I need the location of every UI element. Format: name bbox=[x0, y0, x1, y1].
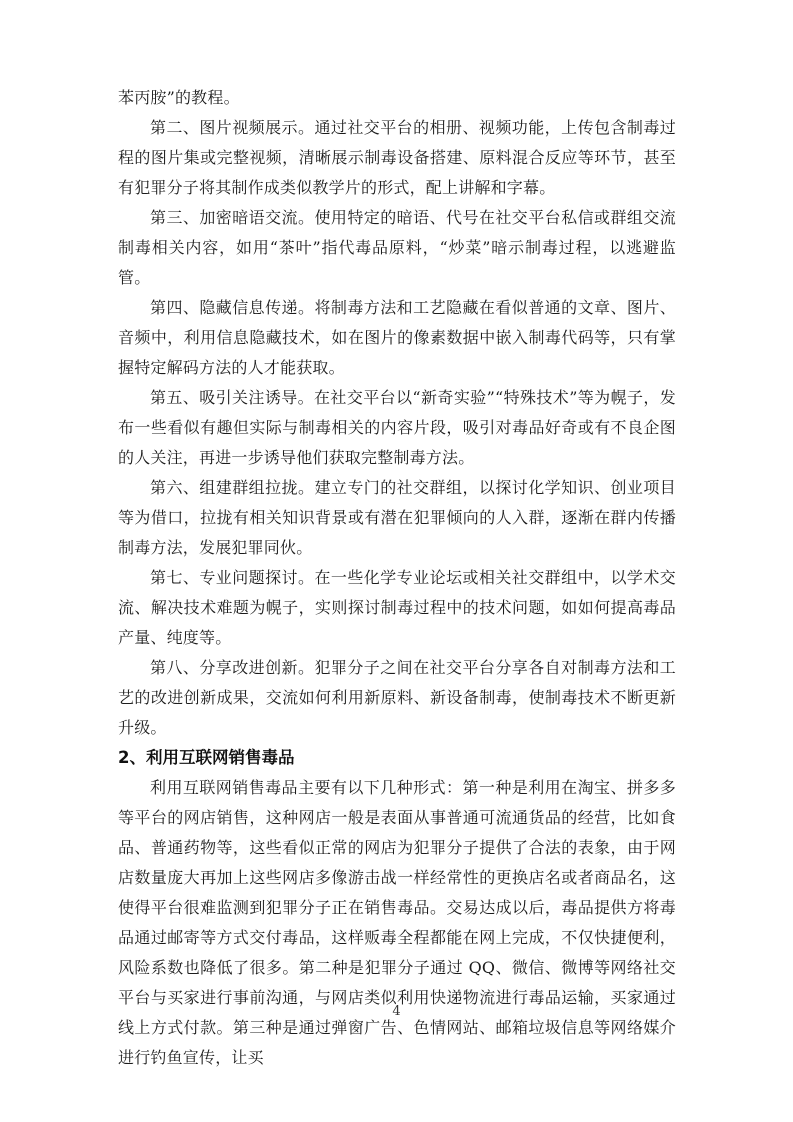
document-page: 苯丙胺”的教程。 第二、图片视频展示。通过社交平台的相册、视频功能，上传包含制毒… bbox=[0, 0, 793, 1122]
document-body: 苯丙胺”的教程。 第二、图片视频展示。通过社交平台的相册、视频功能，上传包含制毒… bbox=[118, 83, 676, 1073]
paragraph: 利用互联网销售毒品主要有以下几种形式：第一种是利用在淘宝、拼多多等平台的网店销售… bbox=[118, 773, 676, 1073]
paragraph: 第四、隐藏信息传递。将制毒方法和工艺隐藏在看似普通的文章、图片、音频中，利用信息… bbox=[118, 293, 676, 383]
page-number: 4 bbox=[392, 1004, 400, 1019]
paragraph: 第五、吸引关注诱导。在社交平台以“新奇实验”“特殊技术”等为幌子，发布一些看似有… bbox=[118, 383, 676, 473]
page-footer: 4 bbox=[0, 1003, 793, 1021]
paragraph: 第二、图片视频展示。通过社交平台的相册、视频功能，上传包含制毒过程的图片集或完整… bbox=[118, 113, 676, 203]
paragraph: 第六、组建群组拉拢。建立专门的社交群组，以探讨化学知识、创业项目等为借口，拉拢有… bbox=[118, 473, 676, 563]
paragraph: 第七、专业问题探讨。在一些化学专业论坛或相关社交群组中，以学术交流、解决技术难题… bbox=[118, 563, 676, 653]
paragraph: 第八、分享改进创新。犯罪分子之间在社交平台分享各自对制毒方法和工艺的改进创新成果… bbox=[118, 653, 676, 743]
section-heading: 2、利用互联网销售毒品 bbox=[118, 743, 676, 773]
paragraph: 第三、加密暗语交流。使用特定的暗语、代号在社交平台私信或群组交流制毒相关内容，如… bbox=[118, 203, 676, 293]
paragraph: 苯丙胺”的教程。 bbox=[118, 83, 676, 113]
